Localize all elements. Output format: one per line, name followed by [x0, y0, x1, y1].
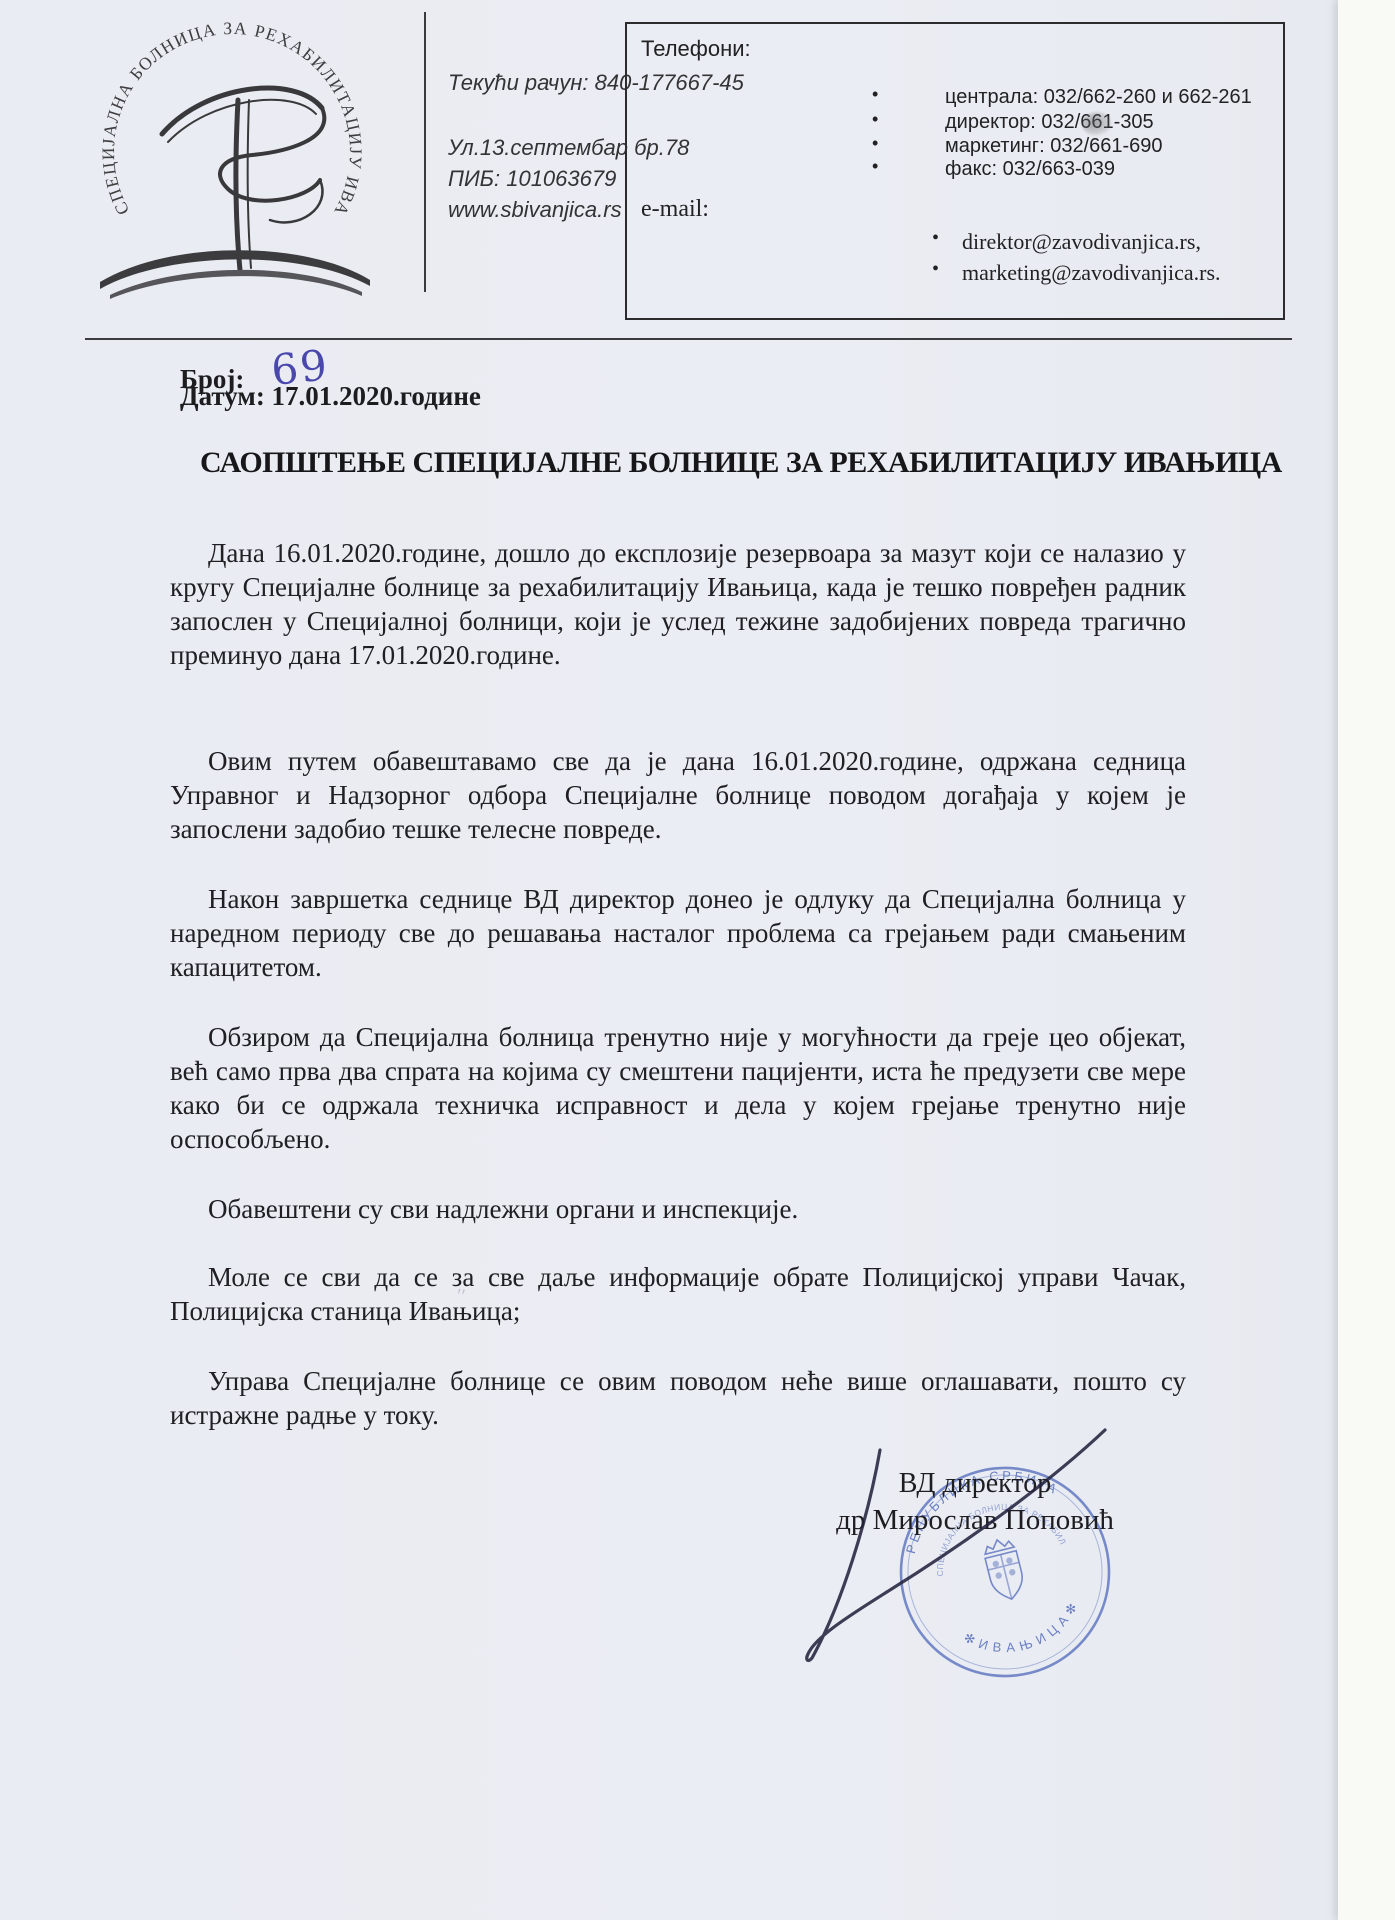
phone-row-marketing: • маркетинг: 032/661-690 [627, 135, 1277, 159]
email-direktor: direktor@zavodivanjica.rs, [962, 229, 1201, 255]
phone-centrala: централа: 032/662-260 и 662-261 [945, 86, 1252, 109]
paragraph-5: Обавештени су сви надлежни органи и инсп… [170, 1192, 1186, 1226]
email-row-marketing: • marketing@zavodivanjica.rs. [627, 260, 1277, 288]
paragraph-1: Дана 16.01.2020.године, дошло до експлоз… [170, 536, 1186, 672]
bullet-icon: • [872, 84, 878, 105]
contact-box: Телефони: • централа: 032/662-260 и 662-… [625, 22, 1285, 320]
phone-fax: факс: 032/663-039 [945, 158, 1115, 181]
logo-hill [100, 250, 370, 299]
bullet-icon: • [872, 156, 878, 177]
phone-row-centrala: • централа: 032/662-260 и 662-261 [627, 86, 1277, 110]
paragraph-3: Након завршетка седнице ВД директор доне… [170, 882, 1186, 984]
scan-smudge [1082, 112, 1112, 136]
paragraph-6: Моле се сви да се за све даље информациј… [170, 1260, 1186, 1328]
phone-marketing: маркетинг: 032/661-690 [945, 135, 1163, 158]
document-date-line: Датум: 17.01.2020.године [180, 381, 481, 412]
logo-monogram [162, 88, 324, 270]
hospital-logo-emblem: СПЕЦИЈАЛНА БОЛНИЦА ЗА РЕХАБИЛИТАЦИЈУ ИВА… [70, 12, 400, 307]
scanner-background-strip [1338, 0, 1395, 1920]
bullet-icon: • [932, 227, 939, 250]
scanned-letter-page: СПЕЦИЈАЛНА БОЛНИЦА ЗА РЕХАБИЛИТАЦИЈУ ИВА… [0, 0, 1395, 1920]
bullet-icon: • [872, 109, 878, 130]
paragraph-4: Обзиром да Специјална болница тренутно н… [170, 1020, 1186, 1156]
header-horizontal-rule [85, 338, 1292, 340]
phone-row-direktor: • директор: 032/661-305 [627, 111, 1277, 135]
bullet-icon: • [872, 133, 878, 154]
bullet-icon: • [932, 258, 939, 281]
paragraph-2: Овим путем обавештавамо све да је дана 1… [170, 744, 1186, 846]
document-title: САОПШТЕЊЕ СПЕЦИЈАЛНЕ БОЛНИЦЕ ЗА РЕХАБИЛИ… [200, 446, 1200, 480]
phones-label: Телефони: [641, 36, 751, 62]
email-row-direktor: • direktor@zavodivanjica.rs, [627, 229, 1277, 257]
hospital-logo: СПЕЦИЈАЛНА БОЛНИЦА ЗА РЕХАБИЛИТАЦИЈУ ИВА… [70, 12, 400, 307]
header-vertical-divider [424, 12, 426, 292]
signature-stroke [770, 1422, 1130, 1682]
email-label: e-mail: [641, 196, 709, 223]
phone-row-fax: • факс: 032/663-039 [627, 158, 1277, 182]
email-marketing: marketing@zavodivanjica.rs. [962, 260, 1221, 286]
phone-direktor: директор: 032/661-305 [945, 111, 1154, 134]
